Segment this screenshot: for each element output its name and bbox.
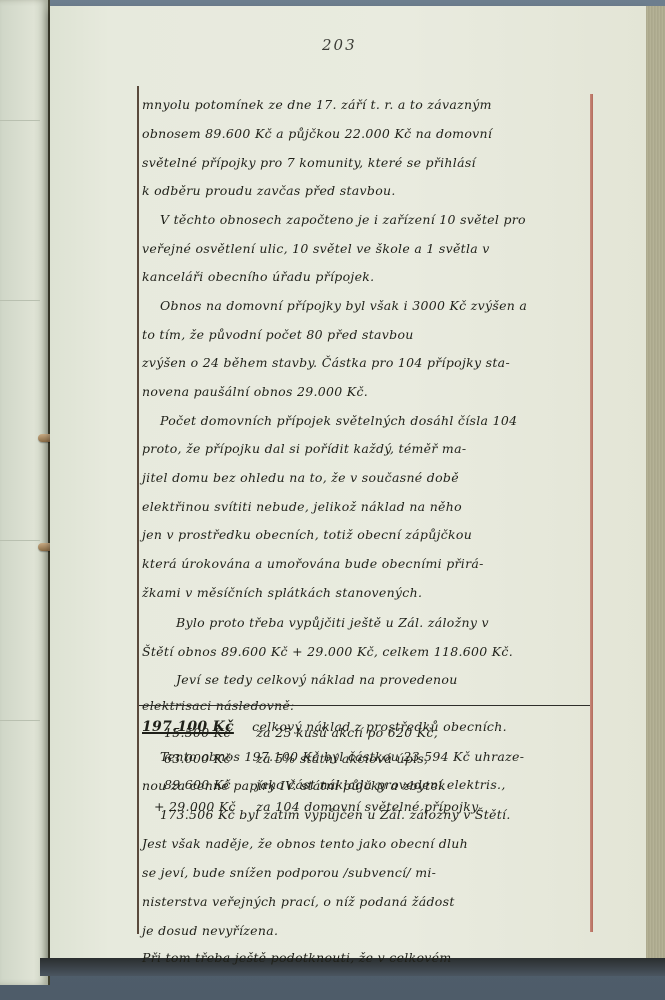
ruled-line — [0, 120, 40, 121]
text-line: proto, že přípojku dal si pořídit každý,… — [142, 434, 466, 463]
left-margin-rule — [137, 86, 139, 934]
text-line: veřejné osvětlení ulic, 10 světel ve ško… — [142, 234, 490, 263]
text-line: mnyolu potomínek ze dne 17. září t. r. a… — [142, 90, 492, 119]
text-line: která úrokována a umořována bude obecním… — [142, 549, 484, 578]
text-line: světelné přípojky pro 7 komunity, které … — [142, 148, 476, 177]
total-description: celkový náklad z prostředků obecních. — [238, 719, 507, 734]
right-margin-rule — [590, 94, 593, 932]
text-line: se jeví, bude snížen podporou /subvencí/… — [142, 858, 436, 887]
text-line: to tím, že původní počet 80 před stavbou — [142, 320, 414, 349]
text-line: Počet domovních přípojek světelných dosá… — [142, 406, 517, 435]
text-line: je dosud nevyřízena. — [142, 916, 278, 945]
page-stack-edges — [646, 6, 665, 960]
text-line: Jest však naděje, že obnos tento jako ob… — [142, 829, 468, 858]
total-row: 197.100 Kč celkový náklad z prostředků o… — [142, 712, 507, 741]
text-line: žkami v měsíčních splátkách stanovených. — [142, 578, 422, 607]
sum-rule — [139, 705, 590, 706]
text-line: jitel domu bez ohledu na to, že v součas… — [142, 463, 459, 492]
left-page-edge — [0, 0, 50, 985]
text-line: novena paušální obnos 29.000 Kč. — [142, 377, 368, 406]
text-line: Štětí obnos 89.600 Kč + 29.000 Kč, celke… — [142, 637, 513, 666]
text-line: zvýšen o 24 během stavby. Částka pro 104… — [142, 348, 510, 377]
text-line: obnosem 89.600 Kč a půjčkou 22.000 Kč na… — [142, 119, 492, 148]
text-line: Jeví se tedy celkový náklad na provedeno… — [142, 665, 458, 694]
text-line: Obnos na domovní přípojky byl však i 300… — [142, 291, 527, 320]
ruled-line — [0, 540, 40, 541]
total-amount: 197.100 Kč — [142, 719, 234, 735]
text-line: k odběru proudu zavčas před stavbou. — [142, 176, 396, 205]
text-line: 173.506 Kč byl zatím vypůjčen u Zál. zál… — [142, 800, 511, 829]
text-line: elektřinou svítiti nebude, jelikož nákla… — [142, 492, 462, 521]
ruled-line — [0, 300, 40, 301]
text-line: kanceláři obecního úřadu přípojek. — [142, 262, 374, 291]
text-line: Bylo proto třeba vypůjčiti ještě u Zál. … — [142, 608, 489, 637]
ruled-line — [0, 720, 40, 721]
text-line: V těchto obnosech započteno je i zařízen… — [142, 205, 526, 234]
text-line: nou za cenné papíry IV. státní půjčky a … — [142, 771, 446, 800]
page-number: 203 — [322, 36, 357, 54]
text-line: Při tom třeba ještě podotknouti, že v ce… — [142, 943, 451, 972]
text-line: jen v prostředku obecních, totiž obecní … — [142, 520, 472, 549]
text-line: nisterstva veřejných prací, o níž podaná… — [142, 887, 455, 916]
text-line: Tento obnos 197.100 Kč byl částkou 23.59… — [142, 742, 524, 771]
